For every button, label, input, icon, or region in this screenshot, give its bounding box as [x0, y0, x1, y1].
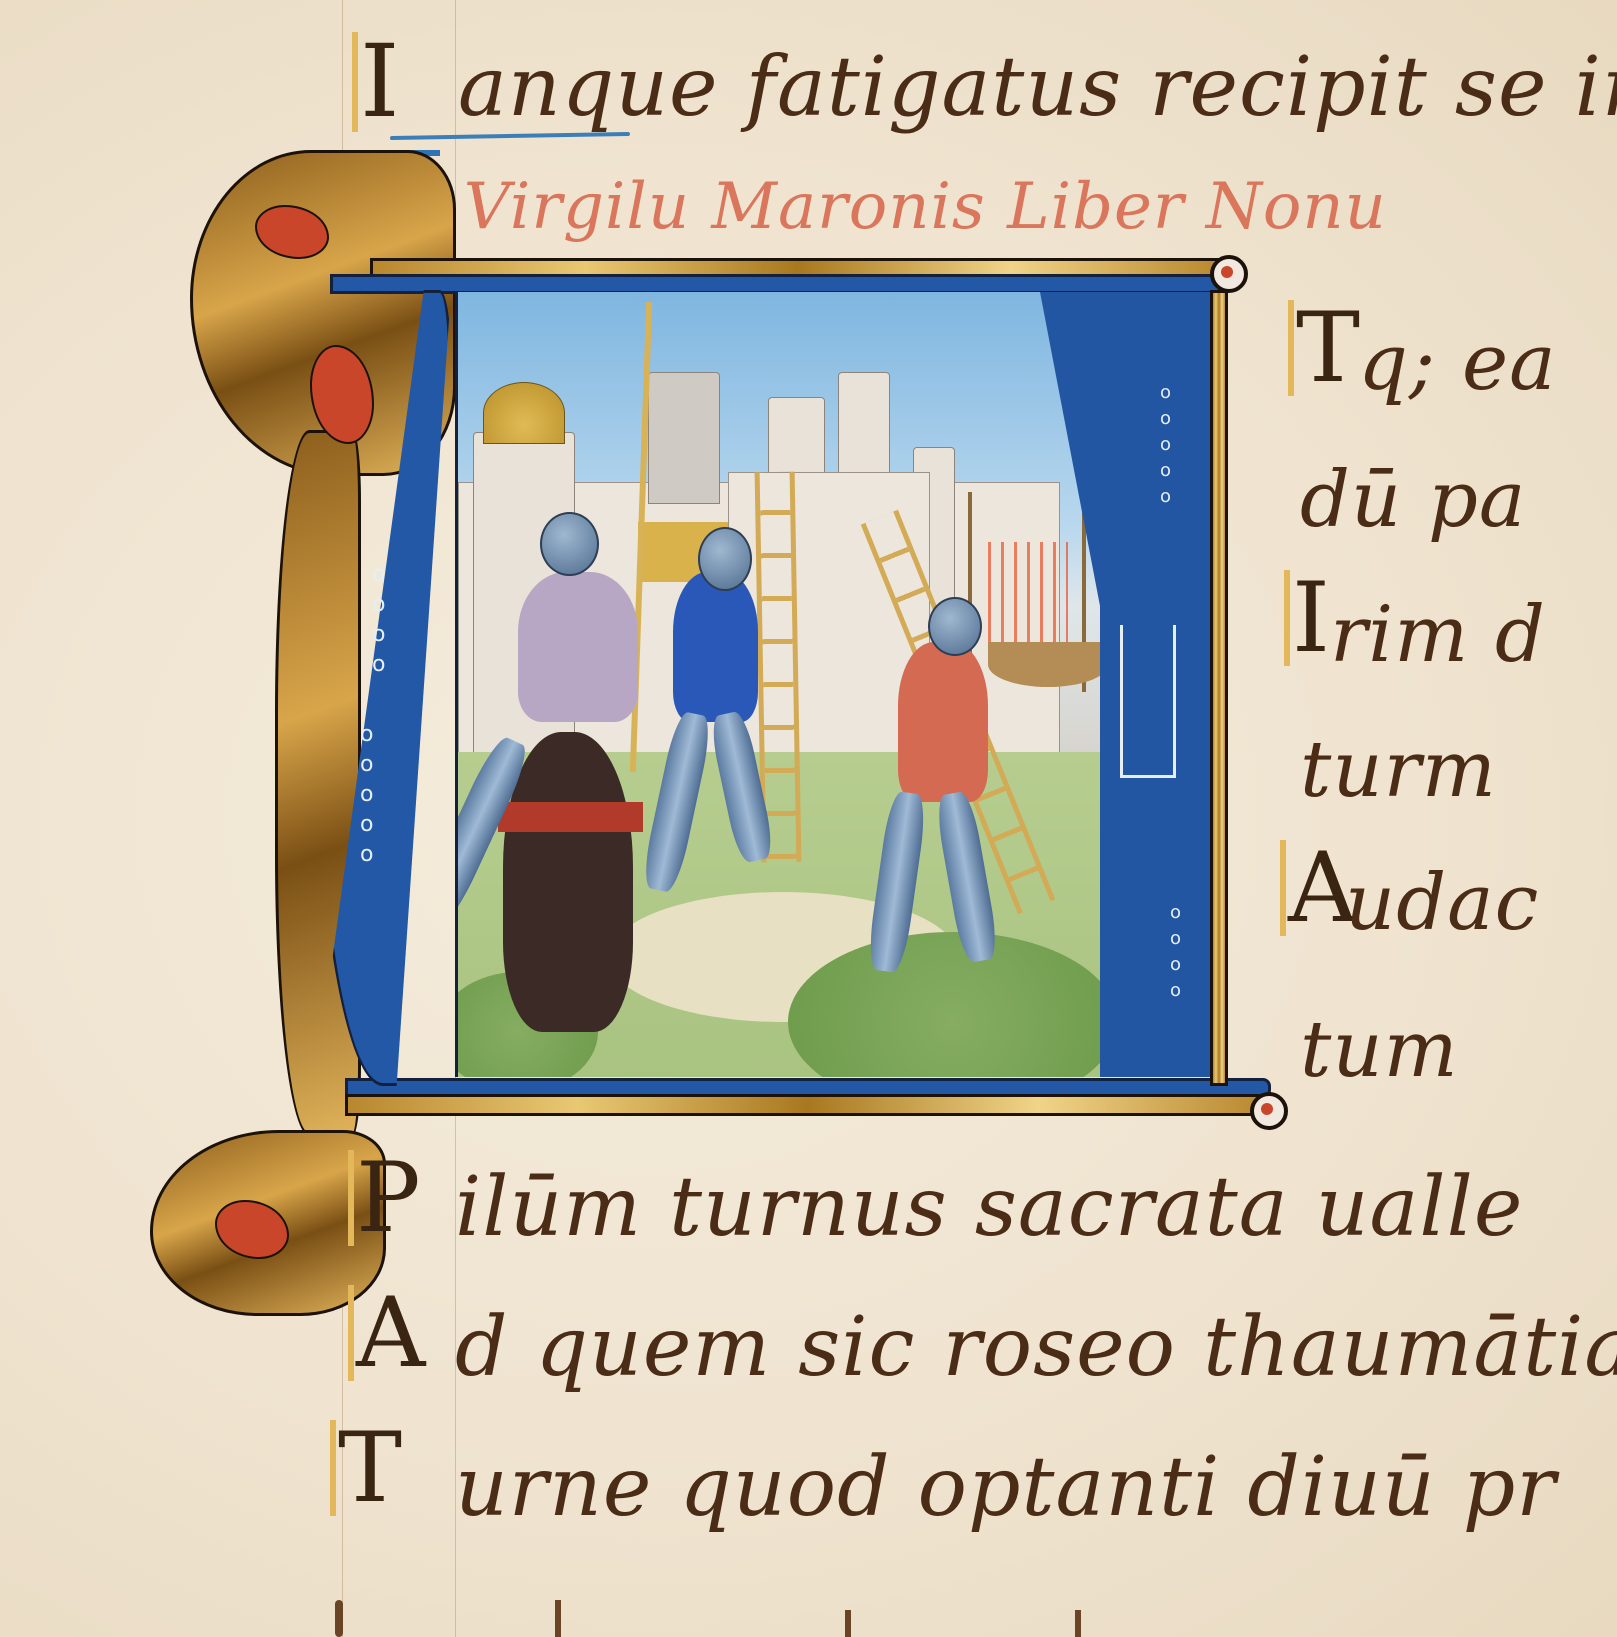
cut-off-letter	[555, 1600, 561, 1637]
horse-barding	[498, 802, 643, 832]
fire-flames-icon	[978, 542, 1068, 642]
line-initial: T	[330, 1420, 402, 1516]
cut-off-letter	[1075, 1610, 1081, 1637]
blue-bar-top	[330, 274, 1226, 294]
cut-off-letter	[335, 1600, 343, 1637]
keep-tower	[648, 372, 720, 504]
gold-dome	[483, 382, 565, 444]
knight-purple-tabard	[518, 572, 638, 722]
text-line-9: d quem sic roseo thaumātias	[455, 1300, 1617, 1395]
knight-blue-tabard	[673, 572, 758, 722]
white-dot-pattern: oooo	[1170, 900, 1181, 1004]
gold-bar-bottom	[345, 1094, 1271, 1116]
white-dot-pattern: ooooo	[360, 720, 373, 870]
gold-stem-right	[1210, 290, 1228, 1086]
line-initial: I	[352, 32, 400, 132]
text-line-4: rim d	[1330, 590, 1546, 680]
soldier-helmet	[928, 597, 982, 656]
knob-ornament	[1250, 1092, 1288, 1130]
text-line-6: udac	[1345, 858, 1539, 948]
knight-helmet	[540, 512, 599, 576]
white-dot-pattern: oooo	[372, 560, 385, 680]
text-line-2: q; ea	[1358, 318, 1557, 408]
text-line-7: tum	[1300, 1005, 1459, 1095]
text-line-5: turm	[1300, 725, 1497, 815]
text-line-3: dū pa	[1300, 455, 1526, 545]
paraph-flourish	[390, 132, 630, 140]
line-initial: T	[1288, 300, 1360, 396]
ship-hull	[988, 642, 1103, 687]
rubric-title: P. Virgilu Maronis Liber Nonu	[390, 170, 1387, 244]
cut-off-letter	[845, 1610, 851, 1637]
manuscript-page: I anque fatigatus recipit se in c P. Vir…	[0, 0, 1617, 1637]
horse	[503, 732, 633, 1032]
line-initial: P	[348, 1150, 421, 1246]
soldier-red-tunic	[898, 642, 988, 802]
line-initial: A	[348, 1285, 425, 1381]
knob-ornament	[1210, 255, 1248, 293]
text-line-10: urne quod optanti diuū pr	[455, 1440, 1557, 1535]
text-line-1: anque fatigatus recipit se in c	[458, 40, 1617, 135]
white-line-ornament	[1120, 625, 1176, 778]
text-line-8: ilūm turnus sacrata ualle	[455, 1160, 1523, 1255]
white-dot-pattern: ooooo	[1160, 380, 1171, 510]
miniature-painting	[455, 292, 1103, 1077]
knight-helmet	[698, 527, 752, 591]
line-initial: I	[1284, 570, 1330, 666]
